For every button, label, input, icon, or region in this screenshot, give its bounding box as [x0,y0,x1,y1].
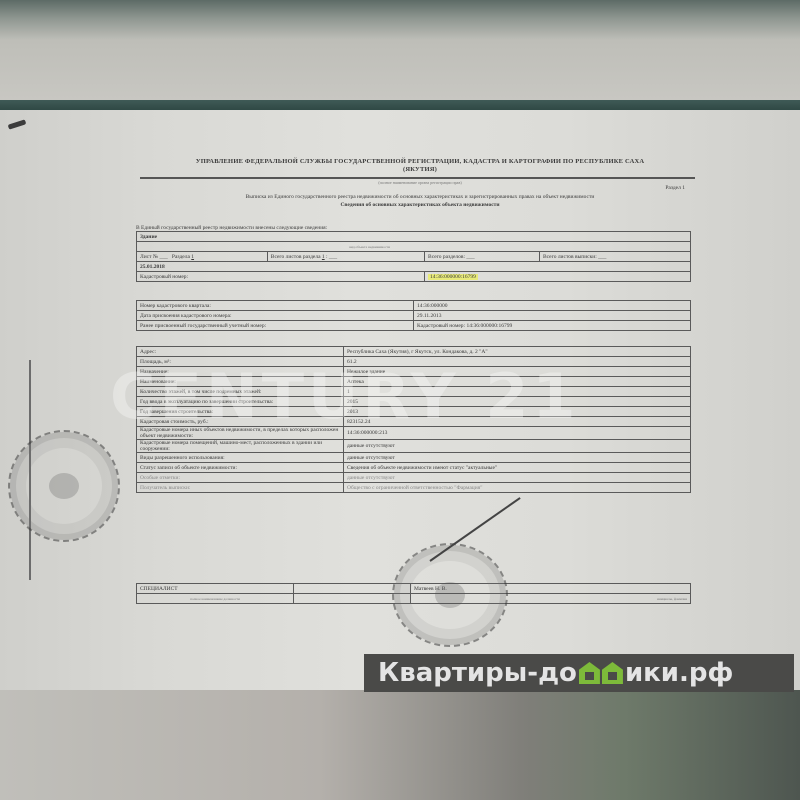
table-row: Особые отметки:данные отсутствуют [137,473,691,483]
agency-subcaption: (полное наименование органа регистрации … [140,180,700,185]
extract-date: 25.01.2018 [137,262,691,272]
header-rule [140,177,695,179]
row-value: Кадастровый номер: 14:36:000000:16799 [414,321,691,331]
object-type: Здание [137,232,691,242]
row-label: Номер кадастрового квартала: [137,301,414,311]
extract-title-text: Выписка из Единого государственного реес… [140,193,700,201]
cadastral-number: 14:36:000000:16799 [428,274,478,280]
extract-title: Выписка из Единого государственного реес… [140,193,700,209]
row-value: 823152.24 [344,417,691,427]
header-table: Здание вид объекта недвижимости Лист № _… [136,231,691,282]
row-label: Дата присвоения кадастрового номера: [137,311,414,321]
row-label: Наименование: [137,377,344,387]
banner-text-suffix: ики.рф [625,658,733,688]
table-row: Наименование:Аптека [137,377,691,387]
row-label: Площадь, м²: [137,357,344,367]
signer-role: СПЕЦИАЛИСТ [137,584,294,594]
row-value: 61.2 [344,357,691,367]
row-label: Ранее присвоенный государственный учетны… [137,321,414,331]
site-banner[interactable]: Квартиры-до ики.рф [364,654,794,692]
row-value: 1 [344,387,691,397]
characteristics-table: Адрес:Республика Саха (Якутия), г Якутск… [136,346,691,493]
row-value: 2015 [344,397,691,407]
row-label: Виды разрешенного использования: [137,453,344,463]
row-value: 29.11.2013 [414,311,691,321]
total-sheets-section-cell: Всего листов раздела 1 : ___ [267,252,424,262]
table-row: Кадастровые номера иных объектов недвижи… [137,427,691,440]
row-value: Республика Саха (Якутия), г Якутск, ул. … [344,347,691,357]
table-row: Дата присвоения кадастрового номера:29.1… [137,311,691,321]
table-row: Виды разрешенного использования:данные о… [137,453,691,463]
table-row: Количество этажей, в том числе подземных… [137,387,691,397]
row-label: Получатель выписки: [137,483,344,493]
table-row: Ранее присвоенный государственный учетны… [137,321,691,331]
cadastral-number-label: Кадастровый номер: [137,272,425,282]
row-value: Общество с ограниченной ответственностью… [344,483,691,493]
table-row: Год ввода в эксплуатацию по завершении с… [137,397,691,407]
row-value: 2013 [344,407,691,417]
signer-role-caption: полное наименование должности [137,594,294,604]
total-sections-cell: Всего разделов: ___ [425,252,540,262]
table-row: Площадь, м²:61.2 [137,357,691,367]
banner-text-prefix: Квартиры-до [378,658,577,688]
row-label: Количество этажей, в том числе подземных… [137,387,344,397]
official-stamp-left [8,430,120,542]
total-sheets-extract-cell: Всего листов выписки: ___ [539,252,690,262]
table-row: Получатель выписки:Общество с ограниченн… [137,483,691,493]
table-row: Кадастровые номера помещений, машино-мес… [137,440,691,453]
row-label: Кадастровые номера помещений, машино-мес… [137,440,344,453]
extract-subtitle: Сведения об основных характеристиках объ… [140,201,700,209]
row-label: Статус записи об объекте недвижимости: [137,463,344,473]
table-row: Адрес:Республика Саха (Якутия), г Якутск… [137,347,691,357]
section-label: Раздел 1 [665,185,685,191]
table-row: Год завершения строительства:2013 [137,407,691,417]
row-label: Год завершения строительства: [137,407,344,417]
row-value: Аптека [344,377,691,387]
row-value: 14:36:000000:213 [344,427,691,440]
row-value: данные отсутствуют [344,473,691,483]
agency-name: УПРАВЛЕНИЕ ФЕДЕРАЛЬНОЙ СЛУЖБЫ ГОСУДАРСТВ… [140,158,700,166]
row-label: Кадастровая стоимость, руб.: [137,417,344,427]
row-value: Нежилое здание [344,367,691,377]
official-stamp-right [392,543,508,647]
cadastral-number-cell: 14:36:000000:16799 [425,272,691,282]
cadastral-info-table: Номер кадастрового квартала:14:36:000000… [136,300,691,331]
row-value: 14:36:000000 [414,301,691,311]
row-label: Год ввода в эксплуатацию по завершении с… [137,397,344,407]
row-label: Особые отметки: [137,473,344,483]
two-houses-icon [579,662,623,684]
row-value: Сведения об объекте недвижимости имеют с… [344,463,691,473]
sheet-section-cell: Лист № ___ Раздела 1 [137,252,268,262]
row-value: данные отсутствуют [344,453,691,463]
agency-header: УПРАВЛЕНИЕ ФЕДЕРАЛЬНОЙ СЛУЖБЫ ГОСУДАРСТВ… [140,158,700,174]
row-label: Назначение: [137,367,344,377]
agency-region: (ЯКУТИЯ) [140,166,700,174]
table-row: Кадастровая стоимость, руб.:823152.24 [137,417,691,427]
row-label: Адрес: [137,347,344,357]
table-row: Статус записи об объекте недвижимости:Св… [137,463,691,473]
table-row: Назначение:Нежилое здание [137,367,691,377]
row-label: Кадастровые номера иных объектов недвижи… [137,427,344,440]
object-type-caption: вид объекта недвижимости [137,242,691,252]
table-row: Номер кадастрового квартала:14:36:000000 [137,301,691,311]
row-value: данные отсутствуют [344,440,691,453]
